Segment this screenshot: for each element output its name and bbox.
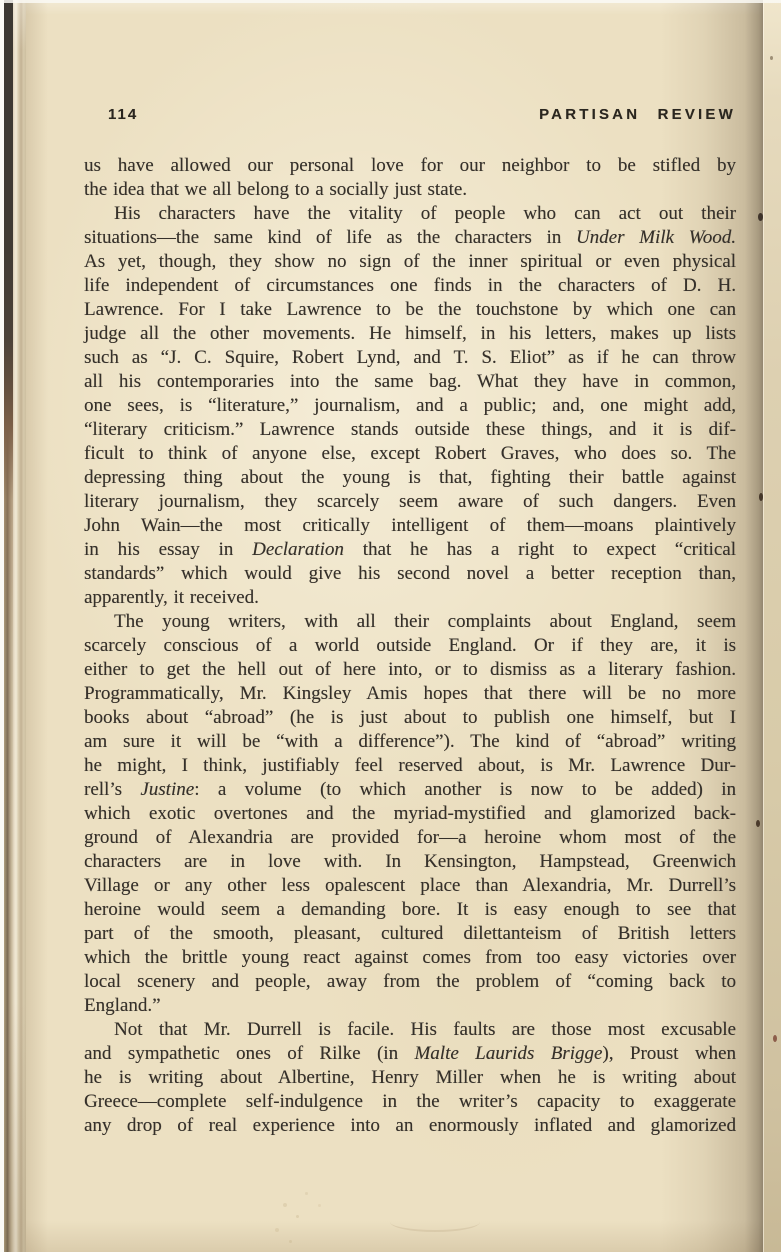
text-line: he might, I think, justifiably feel rese… [84, 754, 736, 778]
text-line: standards” which would give his second n… [84, 562, 736, 586]
text-line: Village or any other less opalescent pla… [84, 874, 736, 898]
text-line: local scenery and people, away from the … [84, 970, 736, 994]
scanned-book-page: 114 PARTISAN REVIEW us have allowed our … [0, 0, 781, 1252]
text-line: John Wain—the most critically intelligen… [84, 514, 736, 538]
text-line: ground of Alexandria are provided for—a … [84, 826, 736, 850]
text-line: literary journalism, they scarcely seem … [84, 490, 736, 514]
printed-content: 114 PARTISAN REVIEW us have allowed our … [84, 106, 736, 1138]
text-line: such as “J. C. Squire, Robert Lynd, and … [84, 346, 736, 370]
text-line: either to get the hell out of here into,… [84, 658, 736, 682]
text-line: As yet, though, they show no sign of the… [84, 250, 736, 274]
paper-stain [305, 1192, 308, 1195]
paper-stain [275, 1228, 279, 1232]
text-line: which exotic overtones and the myriad-my… [84, 802, 736, 826]
text-line: His characters have the vitality of peop… [84, 202, 736, 226]
text-line: any drop of real experience into an enor… [84, 1114, 736, 1138]
text-line: Lawrence. For I take Lawrence to be the … [84, 298, 736, 322]
text-line: Programmatically, Mr. Kingsley Amis hope… [84, 682, 736, 706]
journal-title: PARTISAN REVIEW [539, 106, 736, 123]
text-line: us have allowed our personal love for ou… [84, 154, 736, 178]
paragraph: Not that Mr. Durrell is facile. His faul… [84, 1018, 736, 1138]
ink-speck [759, 493, 763, 501]
paragraph: The young writers, with all their compla… [84, 610, 736, 1018]
text-line: part of the smooth, pleasant, cultured d… [84, 922, 736, 946]
page-number: 114 [108, 106, 138, 123]
text-line: scarcely conscious of a world outside En… [84, 634, 736, 658]
paper-stain [283, 1203, 287, 1207]
text-line: Not that Mr. Durrell is facile. His faul… [84, 1018, 736, 1042]
text-line: situations—the same kind of life as the … [84, 226, 736, 250]
text-line: “literary criticism.” Lawrence stands ou… [84, 418, 736, 442]
text-line: he is writing about Albertine, Henry Mil… [84, 1066, 736, 1090]
running-header: 114 PARTISAN REVIEW [84, 106, 736, 123]
ink-speck [756, 820, 760, 827]
text-line: life independent of circumstances one fi… [84, 274, 736, 298]
scan-top-edge [0, 0, 781, 3]
text-line: and sympathetic ones of Rilke (in Malte … [84, 1042, 736, 1066]
paragraph: us have allowed our personal love for ou… [84, 154, 736, 202]
spine-shadow [4, 0, 13, 1252]
text-line: The young writers, with all their compla… [84, 610, 736, 634]
text-line: one sees, is “literature,” journalism, a… [84, 394, 736, 418]
text-line: rell’s Justine: a volume (to which anoth… [84, 778, 736, 802]
ink-speck [770, 56, 773, 60]
text-line: all his contemporaries into the same bag… [84, 370, 736, 394]
paper-stain [296, 1215, 299, 1218]
text-line: ficult to think of anyone else, except R… [84, 442, 736, 466]
paragraph: His characters have the vitality of peop… [84, 202, 736, 610]
text-line: Greece—complete self-indulgence in the w… [84, 1090, 736, 1114]
next-page-edge [763, 0, 781, 1252]
text-line: characters are in love with. In Kensingt… [84, 850, 736, 874]
text-line: am sure it will be “with a difference”).… [84, 730, 736, 754]
ink-speck [758, 213, 763, 221]
ink-speck [773, 1035, 777, 1042]
paper-scuff-mark [390, 1212, 480, 1232]
text-line: depressing thing about the young is that… [84, 466, 736, 490]
page-text: us have allowed our personal love for ou… [84, 154, 736, 1138]
paper-stain [318, 1204, 321, 1207]
text-line: judge all the other movements. He himsel… [84, 322, 736, 346]
text-line: heroine would seem a demanding bore. It … [84, 898, 736, 922]
text-line: which the brittle young react against co… [84, 946, 736, 970]
text-line: the idea that we all belong to a sociall… [84, 178, 736, 202]
text-line: England.” [84, 994, 736, 1018]
text-line: apparently, it received. [84, 586, 736, 610]
text-line: in his essay in Declaration that he has … [84, 538, 736, 562]
text-line: books about “abroad” (he is just about t… [84, 706, 736, 730]
paper-stain [289, 1240, 292, 1243]
